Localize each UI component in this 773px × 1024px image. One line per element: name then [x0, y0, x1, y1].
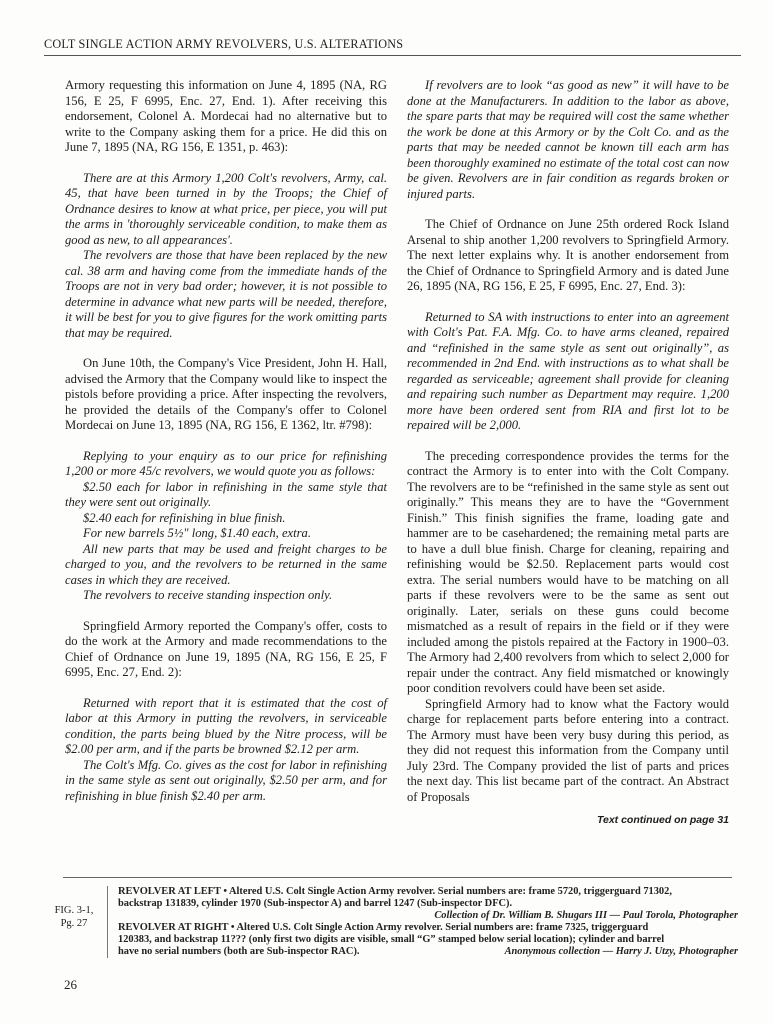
- continued-note: Text continued on page 31: [407, 813, 729, 829]
- caption-left-credit: Collection of Dr. William B. Shugars III…: [118, 910, 738, 922]
- caption-right-line: have no serial numbers (both are Sub-ins…: [118, 946, 360, 958]
- quote-paragraph: If revolvers are to look “as good as new…: [407, 78, 729, 202]
- quote-paragraph: Returned with report that it is estimate…: [65, 696, 387, 758]
- page-number: 26: [64, 977, 77, 993]
- quote-paragraph: The revolvers are those that have been r…: [65, 248, 387, 341]
- paragraph: Armory requesting this information on Ju…: [65, 78, 387, 156]
- quote-paragraph: There are at this Armory 1,200 Colt's re…: [65, 171, 387, 249]
- paragraph: On June 10th, the Company's Vice Preside…: [65, 356, 387, 434]
- quote-paragraph: For new barrels 5½" long, $1.40 each, ex…: [65, 526, 387, 542]
- caption-divider: [63, 877, 732, 878]
- figure-number: FIG. 3-1,: [52, 904, 96, 917]
- block-quote: If revolvers are to look “as good as new…: [407, 78, 729, 202]
- caption-right-line: 120383, and backstrap 11??? (only first …: [118, 934, 738, 946]
- block-quote: There are at this Armory 1,200 Colt's re…: [65, 171, 387, 342]
- block-quote: Returned with report that it is estimate…: [65, 696, 387, 805]
- quote-paragraph: $2.50 each for labor in refinishing in t…: [65, 480, 387, 511]
- quote-paragraph: Returned to SA with instructions to ente…: [407, 310, 729, 434]
- right-column: If revolvers are to look “as good as new…: [407, 78, 729, 829]
- paragraph: The Chief of Ordnance on June 25th order…: [407, 217, 729, 295]
- quote-paragraph: All new parts that may be used and freig…: [65, 542, 387, 589]
- figure-caption: REVOLVER AT LEFT • Altered U.S. Colt Sin…: [107, 886, 738, 958]
- figure-page-ref: Pg. 27: [52, 917, 96, 930]
- quote-paragraph: The revolvers to receive standing inspec…: [65, 588, 387, 604]
- caption-left-line: REVOLVER AT LEFT • Altered U.S. Colt Sin…: [118, 886, 738, 898]
- caption-right-line: REVOLVER AT RIGHT • Altered U.S. Colt Si…: [118, 922, 738, 934]
- block-quote: Replying to your enquiry as to our price…: [65, 449, 387, 604]
- quote-paragraph: The Colt's Mfg. Co. gives as the cost fo…: [65, 758, 387, 805]
- figure-label: FIG. 3-1, Pg. 27: [52, 904, 96, 930]
- paragraph: The preceding correspondence provides th…: [407, 449, 729, 697]
- paragraph: Springfield Armory reported the Company'…: [65, 619, 387, 681]
- caption-left-line: backstrap 131839, cylinder 1970 (Sub-ins…: [118, 898, 738, 910]
- quote-paragraph: Replying to your enquiry as to our price…: [65, 449, 387, 480]
- quote-paragraph: $2.40 each for refinishing in blue finis…: [65, 511, 387, 527]
- left-column: Armory requesting this information on Ju…: [65, 78, 387, 804]
- paragraph: Springfield Armory had to know what the …: [407, 697, 729, 806]
- running-header: COLT SINGLE ACTION ARMY REVOLVERS, U.S. …: [44, 37, 741, 56]
- block-quote: Returned to SA with instructions to ente…: [407, 310, 729, 434]
